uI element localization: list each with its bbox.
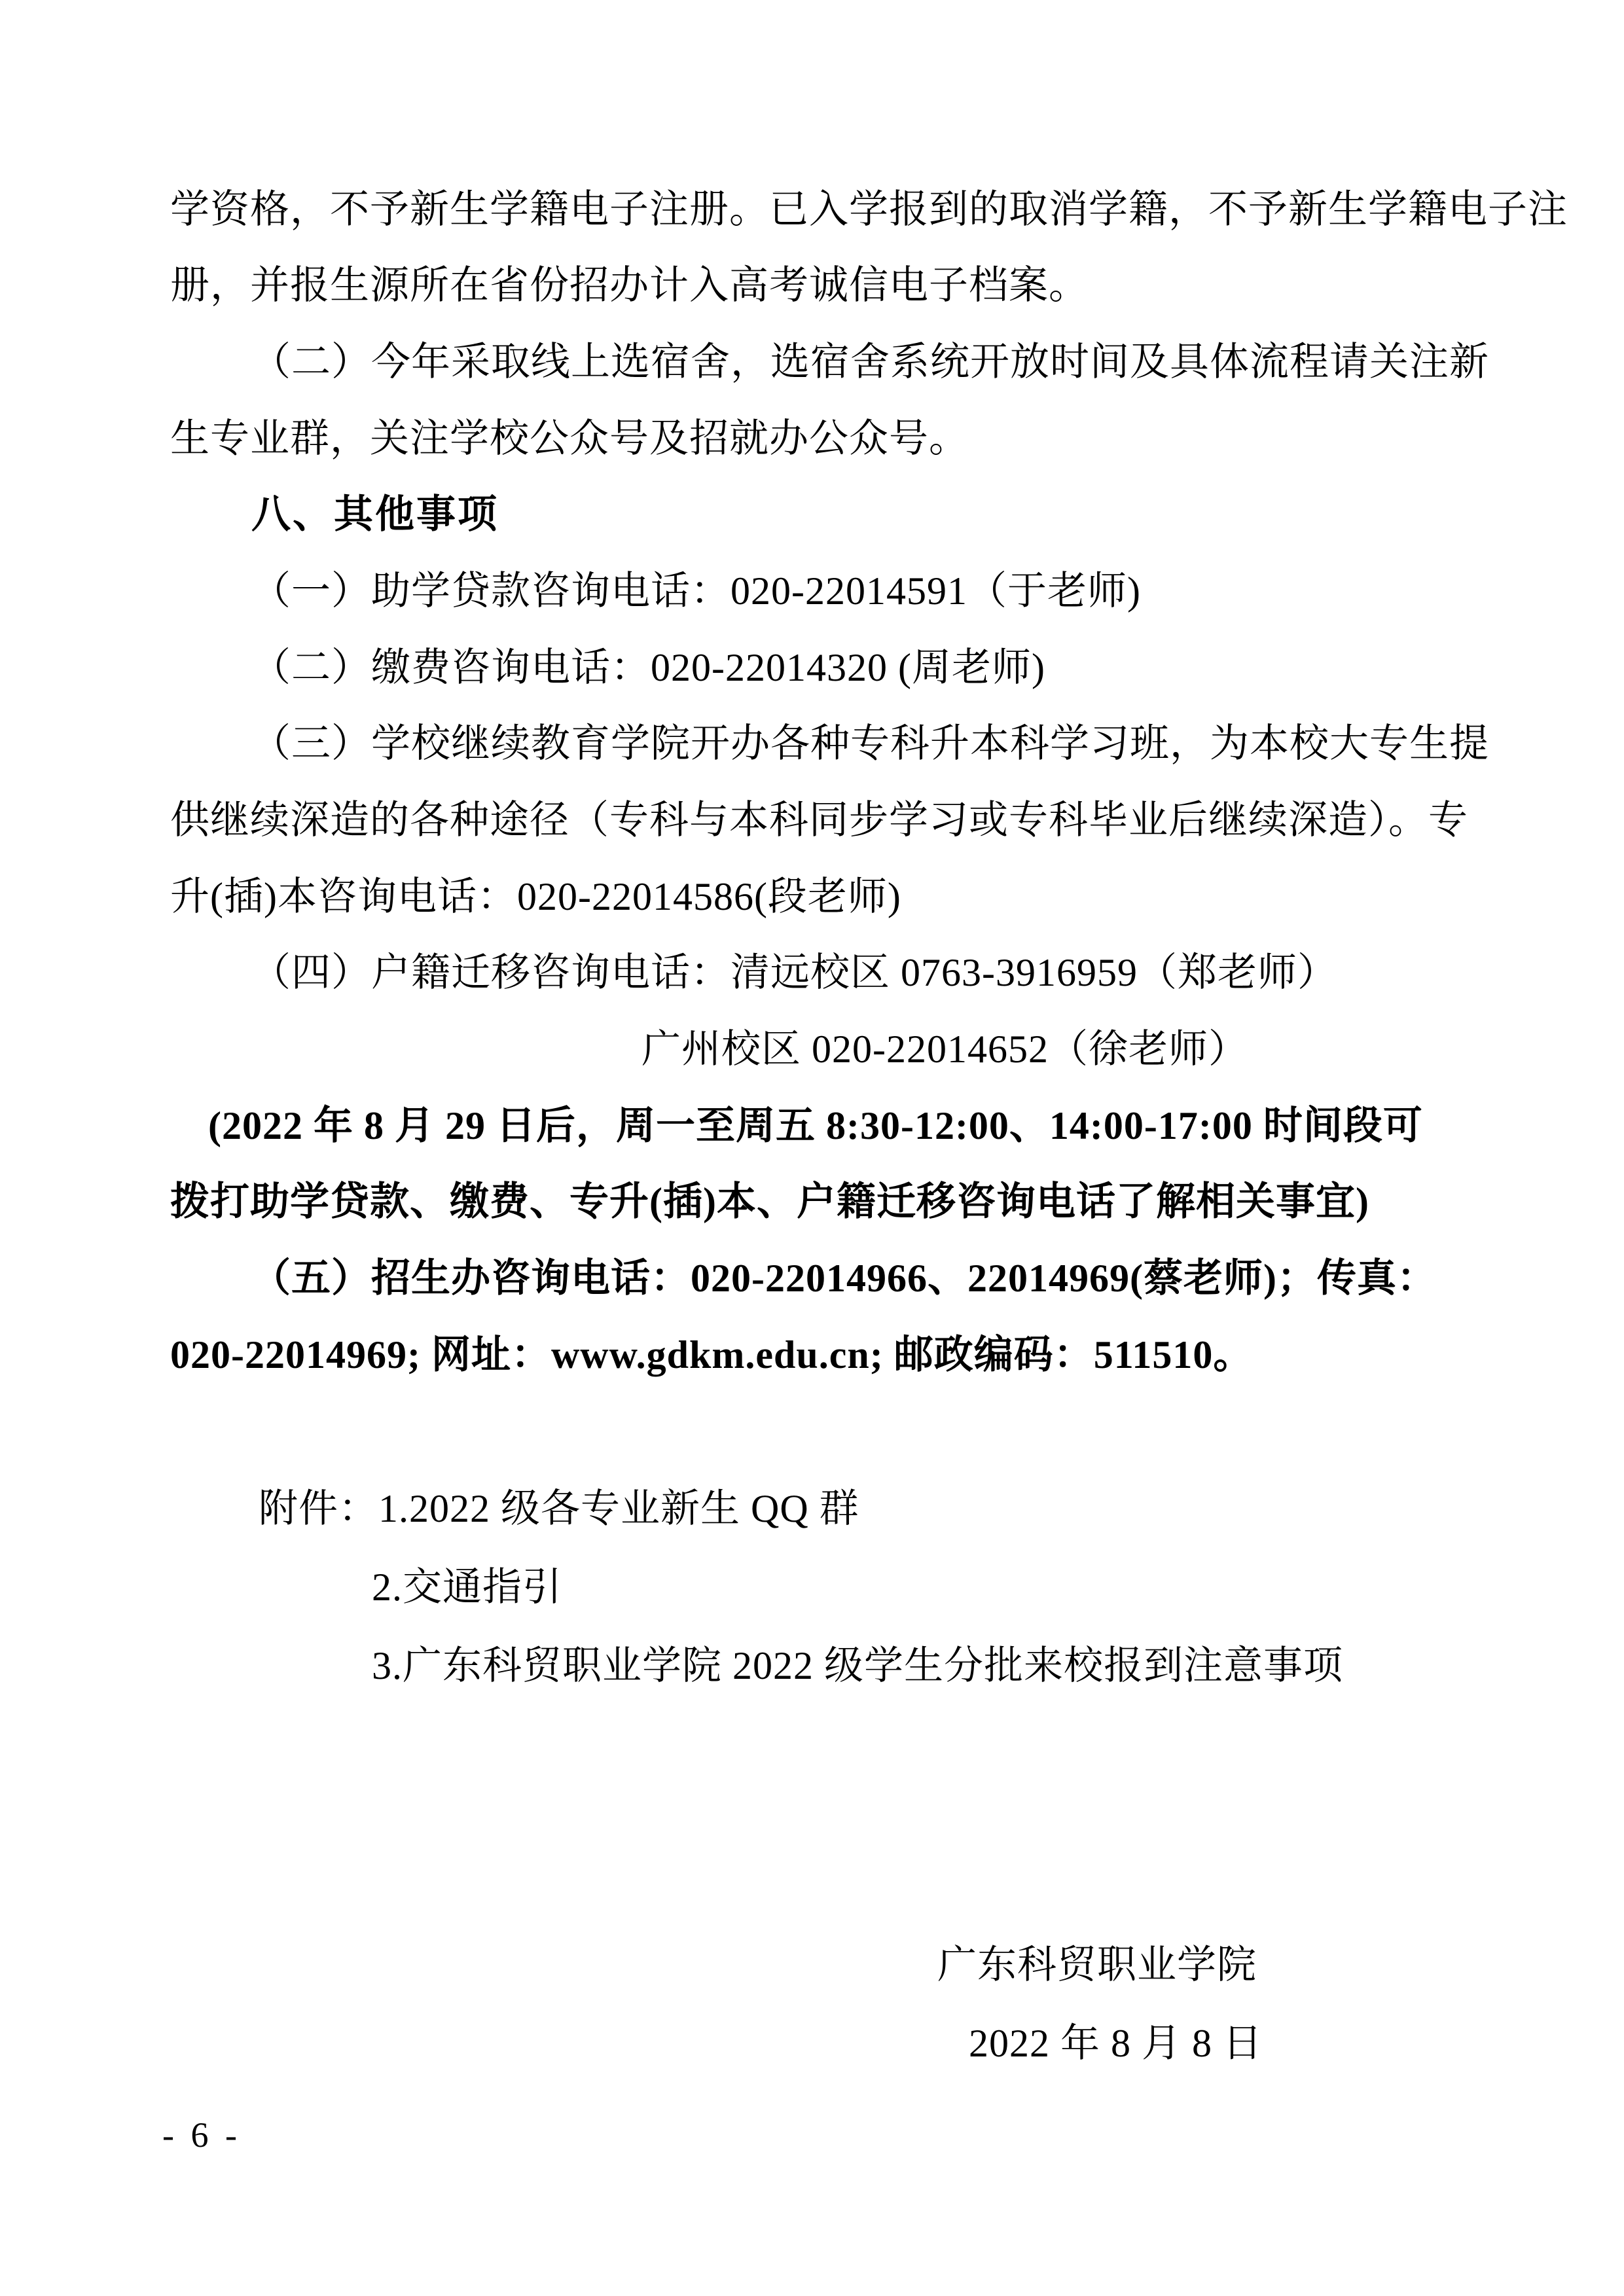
paragraph-dorm-line-2: 生专业群，关注学校公众号及招就办公众号。 (170, 416, 969, 461)
item-household-registration-line-2: 广州校区 020-22014652（徐老师） (641, 1026, 1248, 1072)
attachment-item-3: 3.广东科贸职业学院 2022 级学生分批来校报到注意事项 (372, 1643, 1343, 1689)
note-office-hours-line-2: 拨打助学贷款、缴费、专升(插)本、户籍迁移咨询电话了解相关事宜) (170, 1179, 1369, 1225)
attachments-label-and-item-1: 附件：1.2022 级各专业新生 QQ 群 (259, 1486, 859, 1532)
item-continuing-education-line-1: （三）学校继续教育学院开办各种专科升本科学习班，为本校大专生提 (251, 721, 1489, 766)
item-continuing-education-line-2: 供继续深造的各种途径（专科与本科同步学习或专科毕业后继续深造）。专 (170, 797, 1468, 843)
item-household-registration-line-1: （四）户籍迁移咨询电话：清远校区 0763-3916959（郑老师） (251, 950, 1337, 996)
signature-date: 2022 年 8 月 8 日 (969, 2020, 1263, 2066)
item-loan-phone: （一）助学贷款咨询电话：020-22014591（于老师) (251, 568, 1141, 614)
attachment-item-2: 2.交通指引 (372, 1564, 562, 1610)
item-admissions-office-line-2: 020-22014969; 网址：www.gdkm.edu.cn; 邮政编码：5… (170, 1332, 1253, 1378)
item-payment-phone: （二）缴费咨询电话：020-22014320 (周老师) (251, 645, 1045, 691)
document-page: 学资格，不予新生学籍电子注册。已入学报到的取消学籍，不予新生学籍电子注 册，并报… (0, 0, 1624, 2296)
paragraph-enrollment-line-2: 册，并报生源所在省份招办计入高考诚信电子档案。 (170, 262, 1089, 308)
paragraph-dorm-line-1: （二）今年采取线上选宿舍，选宿舍系统开放时间及具体流程请关注新 (251, 339, 1489, 385)
paragraph-enrollment-line-1: 学资格，不予新生学籍电子注册。已入学报到的取消学籍，不予新生学籍电子注 (170, 187, 1568, 232)
page-number: - 6 - (162, 2112, 241, 2158)
note-office-hours-line-1: (2022 年 8 月 29 日后，周一至周五 8:30-12:00、14:00… (208, 1103, 1423, 1149)
signature-organization: 广东科贸职业学院 (937, 1942, 1257, 1988)
item-admissions-office-line-1: （五）招生办咨询电话：020-22014966、22014969(蔡老师)；传真… (251, 1255, 1437, 1301)
item-continuing-education-line-3: 升(插)本咨询电话：020-22014586(段老师) (170, 874, 901, 920)
section-heading-other-matters: 八、其他事项 (251, 492, 499, 537)
